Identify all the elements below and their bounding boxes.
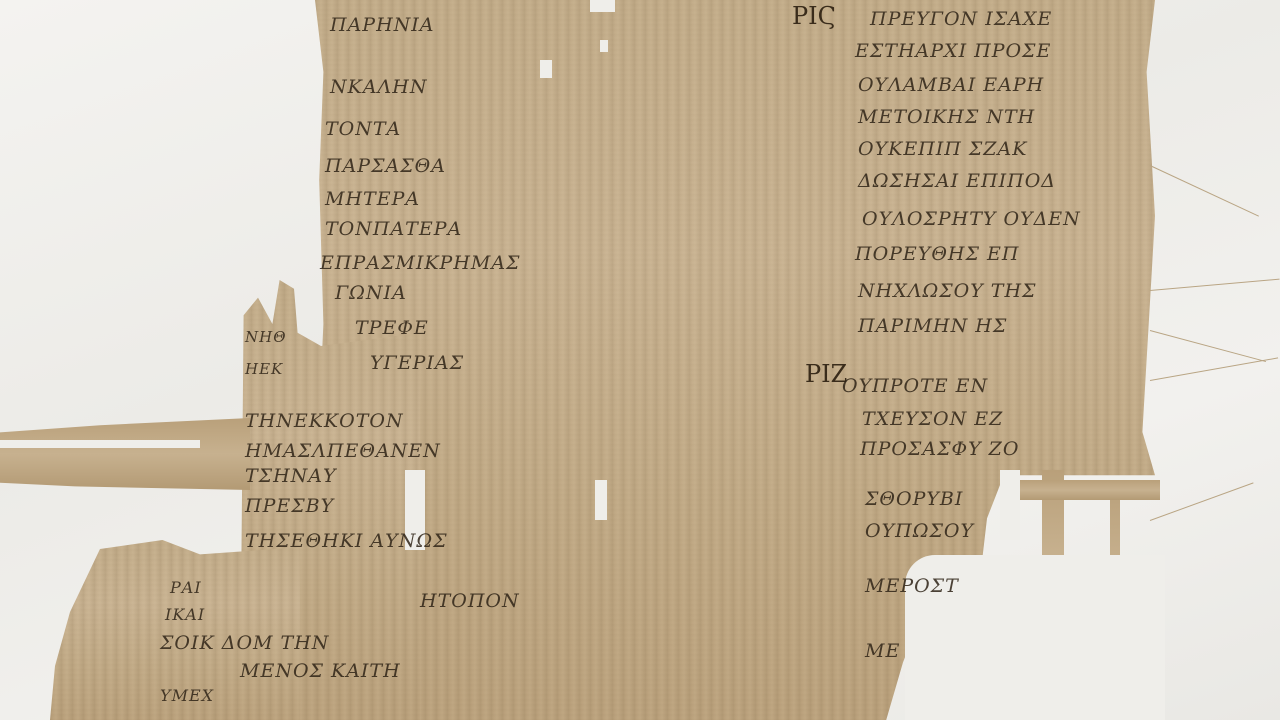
text-line: ΓΩΝΙΑ: [335, 282, 407, 304]
text-line: ΠΡΟΣΑΣΦΥ ΖΟ: [860, 438, 1019, 460]
text-line: ΠΡΕΣΒΥ: [245, 495, 334, 517]
loose-fiber: [1150, 482, 1254, 521]
text-line: ΥΜΕΧ: [160, 686, 214, 705]
text-line: ΟΥΠΩΣΟΥ: [865, 520, 974, 542]
text-line: ΗΕΚ: [245, 360, 283, 378]
text-line: ΣΘΟΡΥΒΙ: [865, 488, 963, 510]
text-line: ΜΗΤΕΡΑ: [325, 188, 420, 210]
papyrus-hole: [590, 0, 615, 12]
text-line: ΟΥΛΑΜΒΑΙ ΕΑΡΗ: [858, 74, 1044, 96]
text-line: ΜΕΡΟΣΤ: [865, 575, 959, 597]
text-line: ΡΑΙ: [170, 578, 202, 597]
text-line: ΟΥΠΡΟΤΕ ΕΝ: [842, 375, 988, 397]
loose-fiber: [1150, 357, 1278, 381]
marginal-number: ΡΙϚ: [792, 2, 836, 30]
papyrus-horizontal-strip: [0, 418, 250, 490]
papyrus-hole: [600, 40, 608, 52]
text-line: ΤΟΝΠΑΤΕΡΑ: [325, 218, 462, 240]
text-line: ΠΑΡΙΜΗΝ ΗΣ: [858, 315, 1007, 337]
papyrus-hole: [540, 60, 552, 78]
text-line: ΠΑΡΗΝΙΑ: [330, 14, 435, 36]
text-line: ΤΟΝΤΑ: [325, 118, 401, 140]
text-line: ΜΕΝΟΣ ΚΑΙΤΗ: [240, 660, 401, 682]
text-line: ΝΗΧΛΩΣΟΥ ΤΗΣ: [858, 280, 1036, 302]
text-line: ΥΓΕΡΙΑΣ: [370, 352, 464, 374]
text-line: ΤΧΕΥΣΟΝ ΕΖ: [862, 408, 1003, 430]
text-line: ΙΚΑΙ: [165, 605, 205, 624]
text-line: ΕΣΤΗΑΡΧΙ ΠΡΟΣΕ: [855, 40, 1051, 62]
text-line: ΣΟΙΚ ΔΟΜ ΤΗΝ: [160, 632, 329, 654]
papyrus-hole: [1000, 470, 1020, 540]
text-line: ΜΕ: [865, 640, 900, 662]
papyrus-right-strip: [1000, 480, 1160, 500]
text-line: ΝΚΑΛΗΝ: [330, 76, 427, 98]
text-line: ΟΥΛΟΣΡΗΤΥ ΟΥΔΕΝ: [862, 208, 1081, 230]
text-line: ΠΡΕΥΓΟΝ ΙΣΑΧΕ: [870, 8, 1052, 30]
loose-fiber: [1150, 165, 1259, 217]
text-line: ΠΑΡΣΑΣΘΑ: [325, 155, 446, 177]
text-line: ΜΕΤΟΙΚΗΣ ΝΤΗ: [858, 106, 1035, 128]
loose-fiber: [1150, 279, 1280, 291]
text-line: ΤΗΣΕΘΗΚΙ ΑΥΝΩΣ: [245, 530, 448, 552]
text-line: ΕΠΡΑΣΜΙΚΡΗΜΑΣ: [320, 252, 521, 274]
papyrus-hole: [595, 480, 607, 520]
text-line: ΗΤΟΠΟΝ: [420, 590, 520, 612]
text-line: ΝΗΘ: [245, 328, 287, 346]
text-line: ΤΗΝΕΚΚΟΤΟΝ: [245, 410, 404, 432]
text-line: ΤΣΗΝΑΥ: [245, 465, 337, 487]
marginal-number: ΡΙΖ: [805, 360, 847, 388]
text-line: ΟΥΚΕΠΙΠ ΣΖΑΚ: [858, 138, 1027, 160]
text-line: ΔΩΣΗΣΑΙ ΕΠΙΠΟΔ: [858, 170, 1056, 192]
loose-fiber: [1150, 330, 1266, 362]
text-line: ΤΡΕΦΕ: [355, 317, 429, 339]
text-line: ΠΟΡΕΥΘΗΣ ΕΠ: [855, 243, 1019, 265]
strip-gap: [0, 440, 200, 448]
text-line: ΗΜΑΣΛΠΕΘΑΝΕΝ: [245, 440, 441, 462]
